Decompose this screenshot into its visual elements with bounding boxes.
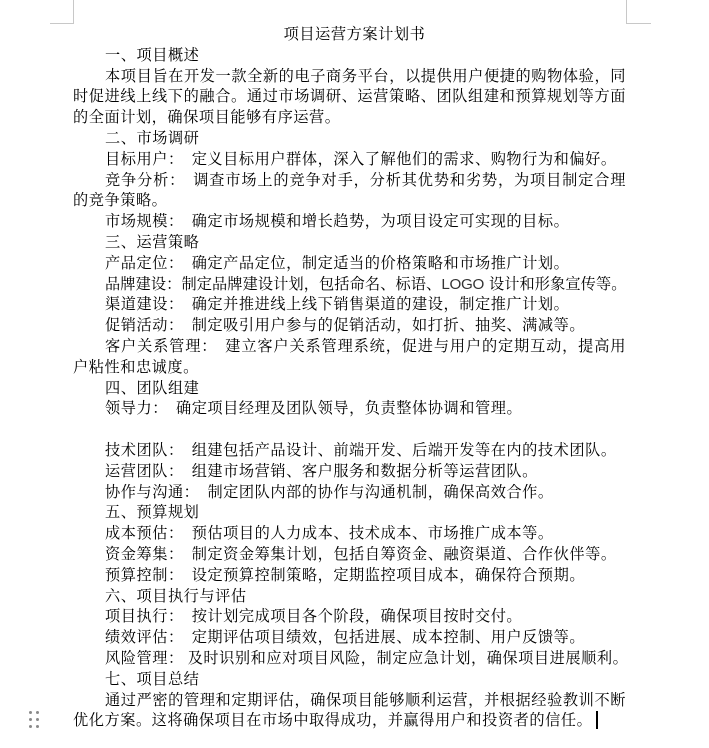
item-text: 定期评估项目绩效，包括进展、成本控制、用户反馈等。 [192,628,585,646]
list-item: 项目执行：按计划完成项目各个阶段，确保项目按时交付。 [73,606,626,627]
item-text: 制定品牌建设计划，包括命名、标语、 [181,275,441,293]
section-heading: 四、团队组建 [73,378,626,399]
item-label: 市场规模： [105,212,184,230]
empty-line [73,419,626,440]
item-label: 风险管理： [105,649,184,667]
item-text: 组建市场营销、客户服务和数据分析等运营团队。 [192,462,538,480]
list-item: 领导力：确定项目经理及团队领导，负责整体协调和管理。 [73,398,626,419]
drag-dot [36,711,39,714]
paragraph: 本项目旨在开发一款全新的电子商务平台，以提供用户便捷的购物体验，同时促进线上线下… [73,66,626,128]
item-label: 协作与沟通： [105,483,199,501]
list-item: 竞争分析：调查市场上的竞争对手，分析其优势和劣势，为项目制定合理的竞争策略。 [73,170,626,212]
item-label: 领导力： [105,399,168,417]
list-item: 品牌建设：制定品牌建设计划，包括命名、标语、LOGO 设计和形象宣传等。 [73,274,626,295]
section-heading: 六、项目执行与评估 [73,586,626,607]
list-item: 客户关系管理：建立客户关系管理系统，促进与用户的定期互动，提高用户粘性和忠诚度。 [73,336,626,378]
item-text: 组建包括产品设计、前端开发、后端开发等在内的技术团队。 [192,441,617,459]
item-text: 预估项目的人力成本、技术成本、市场推广成本等。 [192,524,554,542]
list-item: 资金筹集：制定资金筹集计划，包括自筹资金、融资渠道、合作伙伴等。 [73,544,626,565]
item-label: 产品定位： [105,254,184,272]
text-cursor [596,711,598,729]
item-label: 项目执行： [105,607,184,625]
item-label: 渠道建设： [105,295,184,313]
item-label: 促销活动： [105,316,184,334]
item-label: 目标用户： [105,150,184,168]
list-item: 成本预估：预估项目的人力成本、技术成本、市场推广成本等。 [73,523,626,544]
list-item: 风险管理：及时识别和应对项目风险，制定应急计划，确保项目进展顺利。 [73,648,626,669]
item-text: 制定团队内部的协作与沟通机制，确保高效合作。 [207,483,553,501]
list-item: 绩效评估：定期评估项目绩效，包括进展、成本控制、用户反馈等。 [73,627,626,648]
item-text: 设定预算控制策略，定期监控项目成本，确保符合预期。 [192,566,585,584]
item-text: 确定项目经理及团队领导，负责整体协调和管理。 [176,399,522,417]
item-label: 客户关系管理： [105,337,217,355]
drag-dot [29,718,32,721]
item-label: 成本预估： [105,524,184,542]
document-title: 项目运营方案计划书 [73,24,626,45]
drag-dot [29,725,32,728]
list-item: 技术团队：组建包括产品设计、前端开发、后端开发等在内的技术团队。 [73,440,626,461]
item-label: 技术团队： [105,441,184,459]
drag-dot [36,718,39,721]
drag-handle-icon[interactable] [29,711,39,729]
page-corner-mark-top-right [626,0,651,24]
paragraph: 通过严密的管理和定期评估，确保项目能够顺利运营，并根据经验教训不断优化方案。这将… [73,690,626,732]
item-label: 运营团队： [105,462,184,480]
item-text: 确定市场规模和增长趋势，为项目设定可实现的目标。 [192,212,570,230]
item-text: 确定产品定位，制定适当的价格策略和市场推广计划。 [192,254,570,272]
section-heading: 二、市场调研 [73,128,626,149]
list-item: 产品定位：确定产品定位，制定适当的价格策略和市场推广计划。 [73,253,626,274]
list-item: 市场规模：确定市场规模和增长趋势，为项目设定可实现的目标。 [73,211,626,232]
item-label: 预算控制： [105,566,184,584]
item-text-latin: LOGO [441,276,484,293]
page-corner-mark-top-left [50,0,74,24]
item-text: 及时识别和应对项目风险，制定应急计划，确保项目进展顺利。 [188,649,629,667]
item-text: 定义目标用户群体，深入了解他们的需求、购物行为和偏好。 [192,150,617,168]
list-item: 预算控制：设定预算控制策略，定期监控项目成本，确保符合预期。 [73,565,626,586]
document-body[interactable]: 项目运营方案计划书 一、项目概述 本项目旨在开发一款全新的电子商务平台，以提供用… [73,24,626,731]
item-text: 确定并推进线上线下销售渠道的建设，制定推广计划。 [192,295,570,313]
list-item: 渠道建设：确定并推进线上线下销售渠道的建设，制定推广计划。 [73,294,626,315]
section-heading: 一、项目概述 [73,45,626,66]
list-item: 协作与沟通：制定团队内部的协作与沟通机制，确保高效合作。 [73,482,626,503]
item-label: 竞争分析： [105,171,185,189]
section-heading: 三、运营策略 [73,232,626,253]
drag-dot [29,711,32,714]
paragraph-text: 通过严密的管理和定期评估，确保项目能够顺利运营，并根据经验教训不断优化方案。这将… [73,691,626,730]
item-label: 绩效评估： [105,628,184,646]
item-text: 按计划完成项目各个阶段，确保项目按时交付。 [192,607,523,625]
section-heading: 七、项目总结 [73,669,626,690]
list-item: 促销活动：制定吸引用户参与的促销活动，如打折、抽奖、满减等。 [73,315,626,336]
section-heading: 五、预算规划 [73,502,626,523]
list-item: 目标用户：定义目标用户群体，深入了解他们的需求、购物行为和偏好。 [73,149,626,170]
item-label: 品牌建设： [105,275,181,293]
item-label: 资金筹集： [105,545,184,563]
item-text: 制定吸引用户参与的促销活动，如打折、抽奖、满减等。 [192,316,585,334]
item-text: 设计和形象宣传等。 [484,275,627,293]
list-item: 运营团队：组建市场营销、客户服务和数据分析等运营团队。 [73,461,626,482]
drag-dot [36,725,39,728]
item-text: 制定资金筹集计划，包括自筹资金、融资渠道、合作伙伴等。 [192,545,617,563]
